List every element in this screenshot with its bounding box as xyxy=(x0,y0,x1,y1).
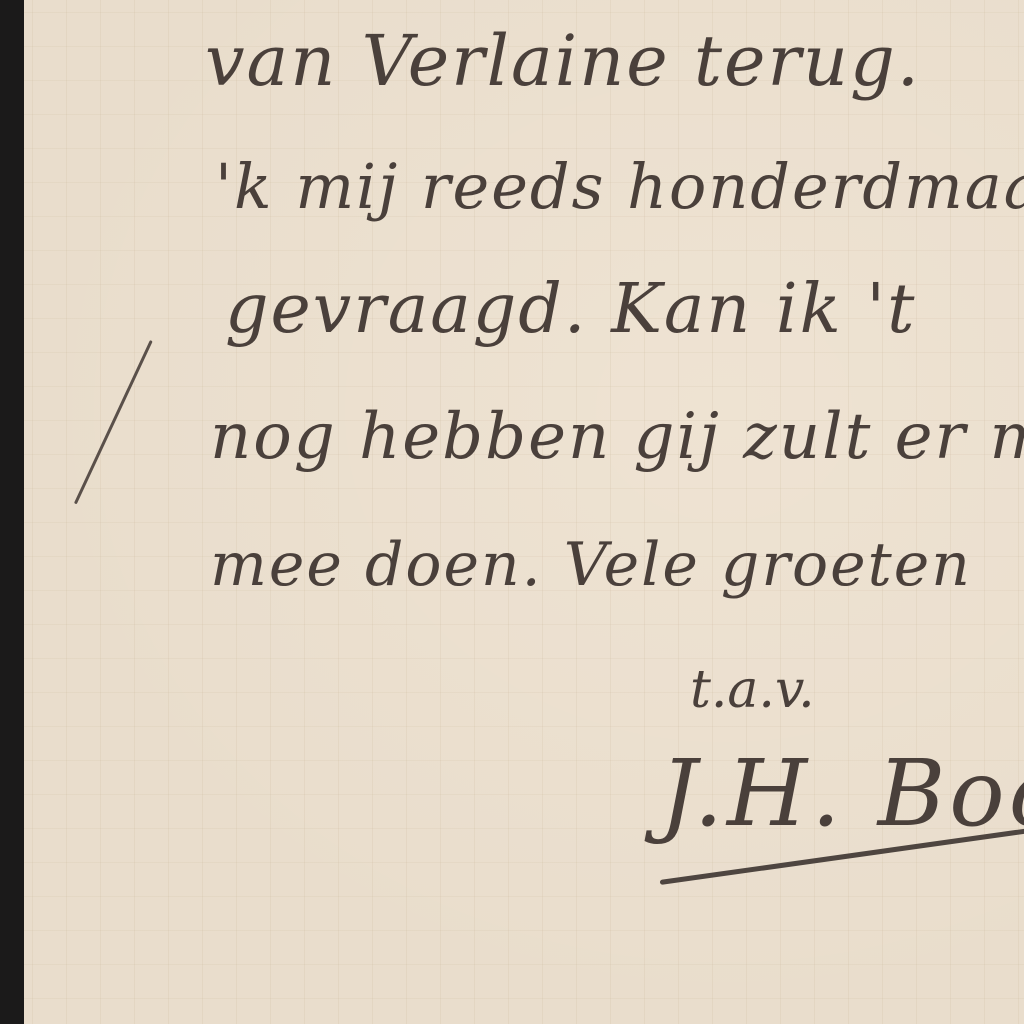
letter-line-3: gevraagd. Kan ik 't xyxy=(225,270,916,349)
binding-edge xyxy=(0,0,24,1024)
letter-closing: t.a.v. xyxy=(690,660,815,720)
signature: J.H. Boord xyxy=(660,740,1024,847)
letter-line-2: 'k mij reeds honderdmaal xyxy=(215,150,1024,223)
letter-line-1: van Verlaine terug. xyxy=(205,20,921,102)
letter-line-5: mee doen. Vele groeten xyxy=(210,530,972,600)
letter-line-4: nog hebben gij zult er m xyxy=(210,400,1024,474)
